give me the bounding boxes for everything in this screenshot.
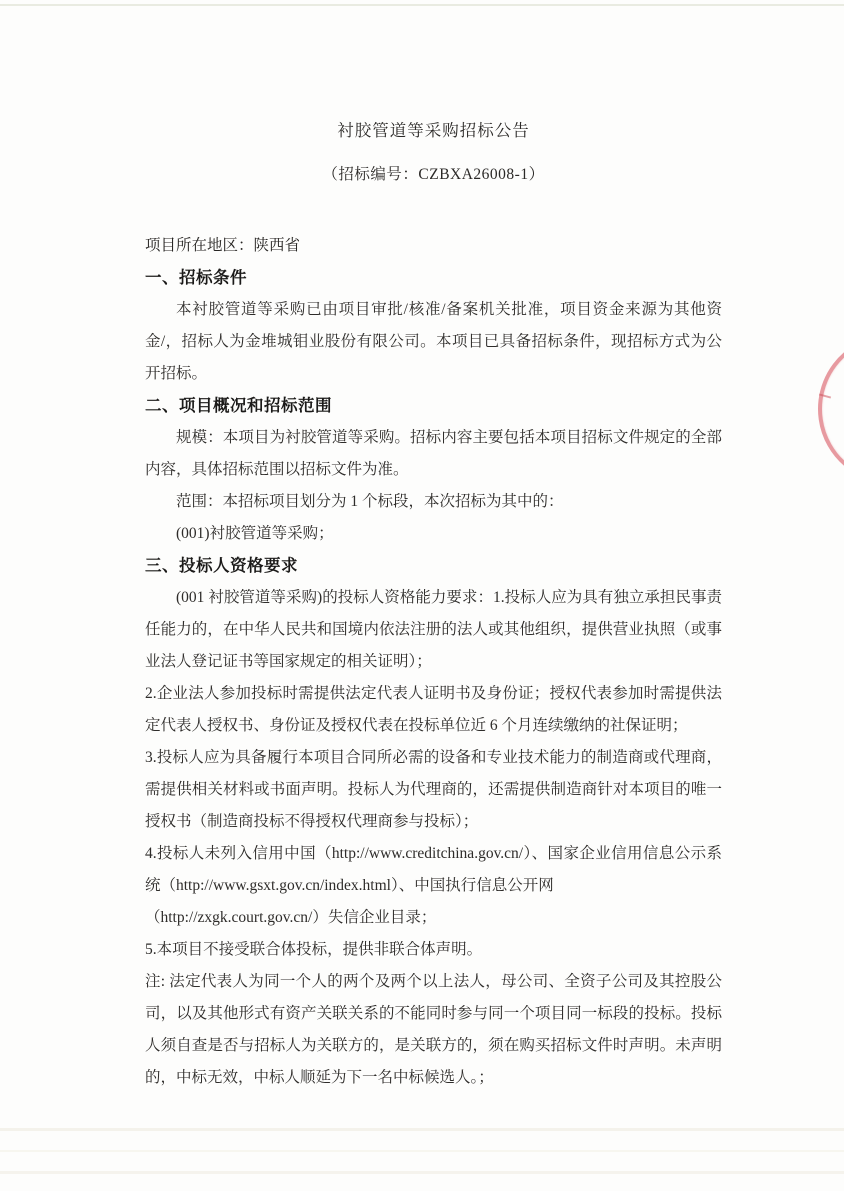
scanned-document-page: 衬胶管道等采购招标公告 （招标编号：CZBXA26008-1） 项目所在地区：陕… — [0, 0, 844, 1191]
qualification-requirement-3: 3.投标人应为具备履行本项目合同所必需的设备和专业技术能力的制造商或代理商，需提… — [145, 742, 722, 838]
project-scale-paragraph: 规模：本项目为衬胶管道等采购。招标内容主要包括本项目招标文件规定的全部内容，具体… — [145, 422, 722, 486]
document-title: 衬胶管道等采购招标公告 — [145, 118, 722, 144]
tender-announcement-document: 衬胶管道等采购招标公告 （招标编号：CZBXA26008-1） 项目所在地区：陕… — [0, 0, 844, 1094]
tender-number-line: （招标编号：CZBXA26008-1） — [145, 162, 722, 188]
qualification-requirement-2: 2.企业法人参加投标时需提供法定代表人证明书及身份证；授权代表参加时需提供法定代… — [145, 678, 722, 742]
section-heading-project-overview: 二、项目概况和招标范围 — [145, 390, 722, 422]
qualification-note-paragraph: 注: 法定代表人为同一个人的两个及两个以上法人，母公司、全资子公司及其控股公司，… — [145, 966, 722, 1094]
scan-artifact-streak — [0, 1128, 844, 1131]
qualification-requirement-4: 4.投标人未列入信用中国（http://www.creditchina.gov.… — [145, 838, 722, 902]
qualification-requirement-1: (001 衬胶管道等采购)的投标人资格能力要求：1.投标人应为具有独立承担民事责… — [145, 582, 722, 678]
scan-artifact-streak — [0, 1171, 844, 1174]
section-heading-bidder-qualifications: 三、投标人资格要求 — [145, 550, 722, 582]
scan-artifact-streak — [0, 1150, 844, 1152]
qualification-requirement-4-continued: （http://zxgk.court.gov.cn/）失信企业目录； — [145, 902, 722, 934]
section-heading-bid-conditions: 一、招标条件 — [145, 262, 722, 294]
project-scope-paragraph: 范围：本招标项目划分为 1 个标段，本次招标为其中的： — [145, 486, 722, 518]
qualification-requirement-5: 5.本项目不接受联合体投标，提供非联合体声明。 — [145, 934, 722, 966]
lot-001-line: (001)衬胶管道等采购； — [145, 518, 722, 550]
project-region-line: 项目所在地区：陕西省 — [145, 230, 722, 262]
bid-conditions-paragraph: 本衬胶管道等采购已由项目审批/核准/备案机关批准，项目资金来源为其他资金/，招标… — [145, 294, 722, 390]
